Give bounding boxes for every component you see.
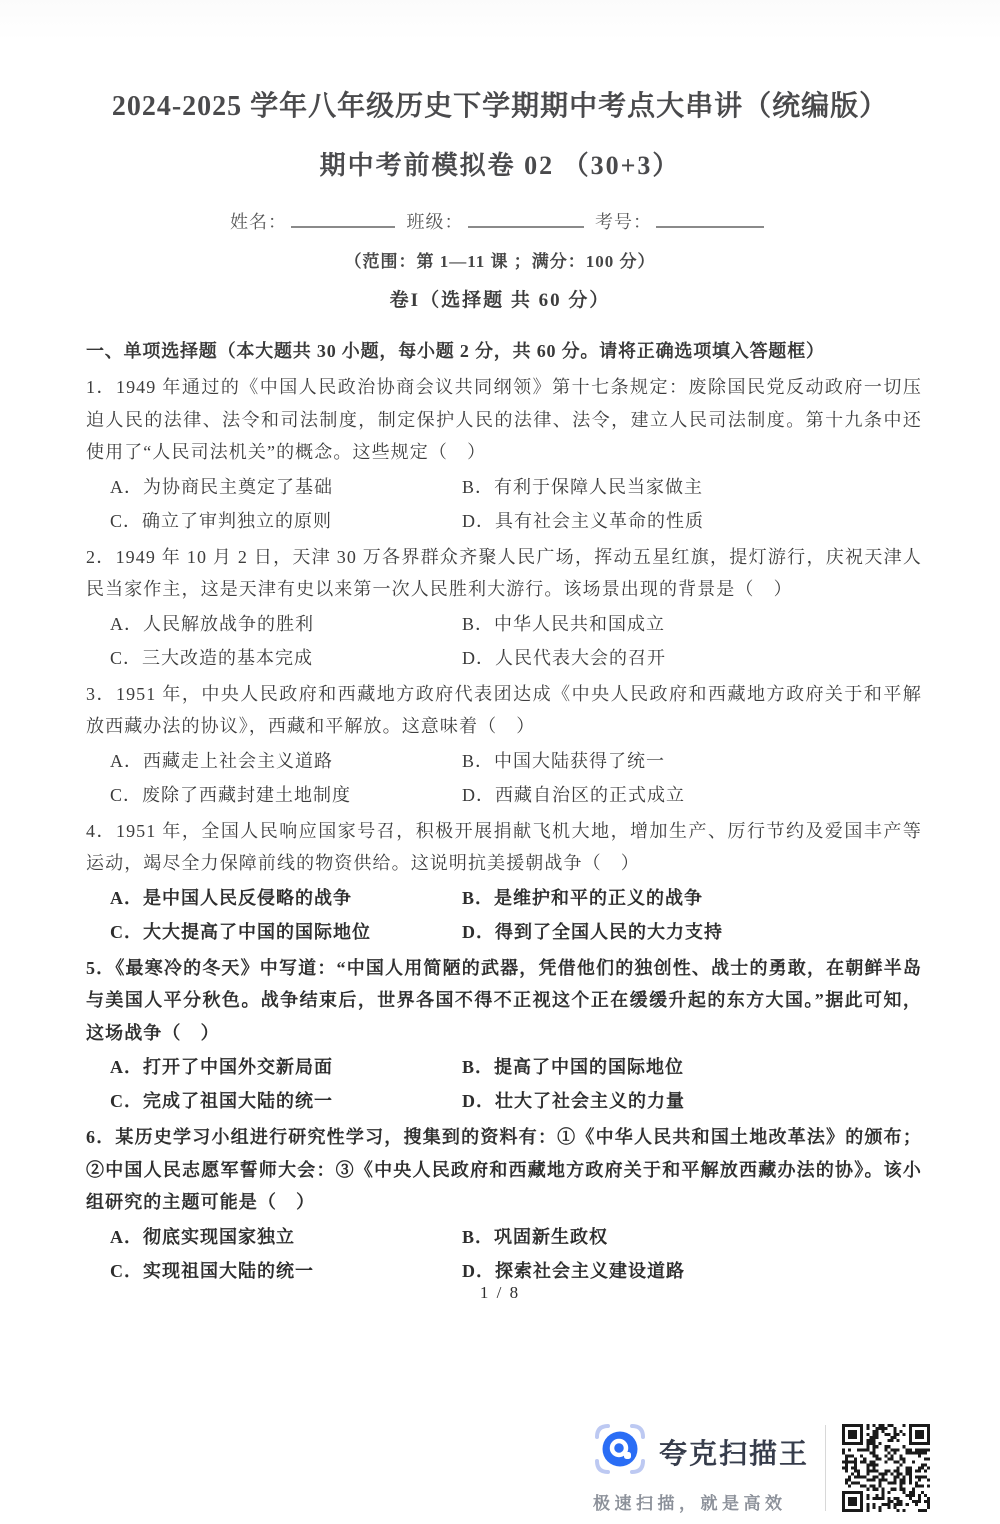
question-5-option-a: A．打开了中国外交新局面 bbox=[110, 1050, 462, 1084]
exam-title: 2024-2025 学年八年级历史下学期期中考点大串讲（统编版） bbox=[0, 84, 1000, 124]
question-4-stem: 4．1951 年，全国人民响应国家号召，积极开展捐献飞机大地，增加生产、厉行节约… bbox=[86, 815, 922, 880]
question-4-option-c: C．大大提高了中国的国际地位 bbox=[110, 915, 462, 949]
question-3-options: A．西藏走上社会主义道路 B．中国大陆获得了统一 C．废除了西藏封建土地制度 D… bbox=[86, 744, 922, 812]
exam-no-label: 考号： bbox=[595, 212, 652, 232]
part-title: 卷I（选择题 共 60 分） bbox=[0, 285, 1000, 312]
question-2-option-b: B．中华人民共和国成立 bbox=[462, 607, 922, 641]
question-2-option-d: D．人民代表大会的召开 bbox=[462, 641, 922, 675]
question-1-options: A．为协商民主奠定了基础 B．有利于保障人民当家做主 C．确立了审判独立的原则 … bbox=[86, 470, 922, 538]
question-6-stem: 6．某历史学习小组进行研究性学习，搜集到的资料有：①《中华人民共和国土地改革法》… bbox=[86, 1121, 922, 1219]
question-3-option-d: D．西藏自治区的正式成立 bbox=[462, 778, 922, 812]
exam-subtitle: 期中考前模拟卷 02 （30+3） bbox=[0, 145, 1000, 182]
question-2-option-a: A．人民解放战争的胜利 bbox=[110, 607, 462, 641]
page-number: 1 / 8 bbox=[0, 1283, 1000, 1303]
scope-line: （范围：第 1—11 课 ；满分：100 分） bbox=[0, 247, 1000, 272]
scanner-brand-block: 夸克扫描王 极速扫描，就是高效 bbox=[593, 1422, 809, 1514]
question-2: 2．1949 年 10 月 2 日，天津 30 万各界群众齐聚人民广场，挥动五星… bbox=[86, 541, 922, 675]
question-6-option-a: A．彻底实现国家独立 bbox=[110, 1220, 462, 1254]
exam-no-blank bbox=[656, 211, 764, 228]
question-6: 6．某历史学习小组进行研究性学习，搜集到的资料有：①《中华人民共和国土地改革法》… bbox=[86, 1121, 922, 1288]
watermark-divider bbox=[825, 1425, 826, 1511]
question-3-option-c: C．废除了西藏封建土地制度 bbox=[110, 778, 462, 812]
question-1-stem: 1．1949 年通过的《中国人民政治协商会议共同纲领》第十七条规定：废除国民党反… bbox=[86, 371, 922, 469]
class-label: 班级： bbox=[407, 212, 464, 232]
question-4-option-b: B．是维护和平的正义的战争 bbox=[462, 881, 922, 915]
question-1-option-d: D．具有社会主义革命的性质 bbox=[462, 504, 922, 538]
name-blank bbox=[291, 211, 395, 228]
question-1-option-b: B．有利于保障人民当家做主 bbox=[462, 470, 922, 504]
question-6-option-b: B．巩固新生政权 bbox=[462, 1220, 922, 1254]
scanned-exam-page: 2024-2025 学年八年级历史下学期期中考点大串讲（统编版） 期中考前模拟卷… bbox=[0, 0, 1000, 1524]
question-1: 1．1949 年通过的《中国人民政治协商会议共同纲领》第十七条规定：废除国民党反… bbox=[86, 371, 922, 538]
question-2-stem: 2．1949 年 10 月 2 日，天津 30 万各界群众齐聚人民广场，挥动五星… bbox=[86, 541, 922, 606]
question-2-option-c: C．三大改造的基本完成 bbox=[110, 641, 462, 675]
question-5-option-c: C．完成了祖国大陆的统一 bbox=[110, 1084, 462, 1118]
question-2-options: A．人民解放战争的胜利 B．中华人民共和国成立 C．三大改造的基本完成 D．人民… bbox=[86, 607, 922, 675]
scanner-watermark: 夸克扫描王 极速扫描，就是高效 bbox=[593, 1422, 930, 1514]
question-3-option-a: A．西藏走上社会主义道路 bbox=[110, 744, 462, 778]
question-5-option-b: B．提高了中国的国际地位 bbox=[462, 1050, 922, 1084]
class-blank bbox=[468, 211, 584, 228]
quark-scanner-logo-icon bbox=[593, 1422, 647, 1481]
scanner-tagline: 极速扫描，就是高效 bbox=[593, 1489, 787, 1514]
student-info-line: 姓名： 班级： 考号： bbox=[0, 208, 1000, 234]
question-1-option-a: A．为协商民主奠定了基础 bbox=[110, 470, 462, 504]
question-6-options: A．彻底实现国家独立 B．巩固新生政权 C．实现祖国大陆的统一 D．探索社会主义… bbox=[86, 1220, 922, 1288]
scanner-brand-name: 夸克扫描王 bbox=[659, 1432, 809, 1472]
section-heading: 一、单项选择题（本大题共 30 小题，每小题 2 分，共 60 分。请将正确选项… bbox=[86, 334, 922, 368]
name-label: 姓名： bbox=[230, 212, 287, 232]
question-4-option-a: A．是中国人民反侵略的战争 bbox=[110, 881, 462, 915]
question-5: 5．《最寒冷的冬天》中写道：“中国人用简陋的武器，凭借他们的独创性、战士的勇敢，… bbox=[86, 952, 922, 1119]
question-3-stem: 3．1951 年，中央人民政府和西藏地方政府代表团达成《中央人民政府和西藏地方政… bbox=[86, 678, 922, 743]
qr-code-icon bbox=[842, 1424, 930, 1512]
question-area: 一、单项选择题（本大题共 30 小题，每小题 2 分，共 60 分。请将正确选项… bbox=[86, 334, 922, 1288]
question-3: 3．1951 年，中央人民政府和西藏地方政府代表团达成《中央人民政府和西藏地方政… bbox=[86, 678, 922, 812]
question-4: 4．1951 年，全国人民响应国家号召，积极开展捐献飞机大地，增加生产、厉行节约… bbox=[86, 815, 922, 949]
question-3-option-b: B．中国大陆获得了统一 bbox=[462, 744, 922, 778]
question-1-option-c: C．确立了审判独立的原则 bbox=[110, 504, 462, 538]
question-4-option-d: D．得到了全国人民的大力支持 bbox=[462, 915, 922, 949]
question-5-option-d: D．壮大了社会主义的力量 bbox=[462, 1084, 922, 1118]
question-5-stem: 5．《最寒冷的冬天》中写道：“中国人用简陋的武器，凭借他们的独创性、战士的勇敢，… bbox=[86, 952, 922, 1050]
question-5-options: A．打开了中国外交新局面 B．提高了中国的国际地位 C．完成了祖国大陆的统一 D… bbox=[86, 1050, 922, 1118]
question-4-options: A．是中国人民反侵略的战争 B．是维护和平的正义的战争 C．大大提高了中国的国际… bbox=[86, 881, 922, 949]
document-header: 2024-2025 学年八年级历史下学期期中考点大串讲（统编版） 期中考前模拟卷… bbox=[0, 84, 1000, 312]
